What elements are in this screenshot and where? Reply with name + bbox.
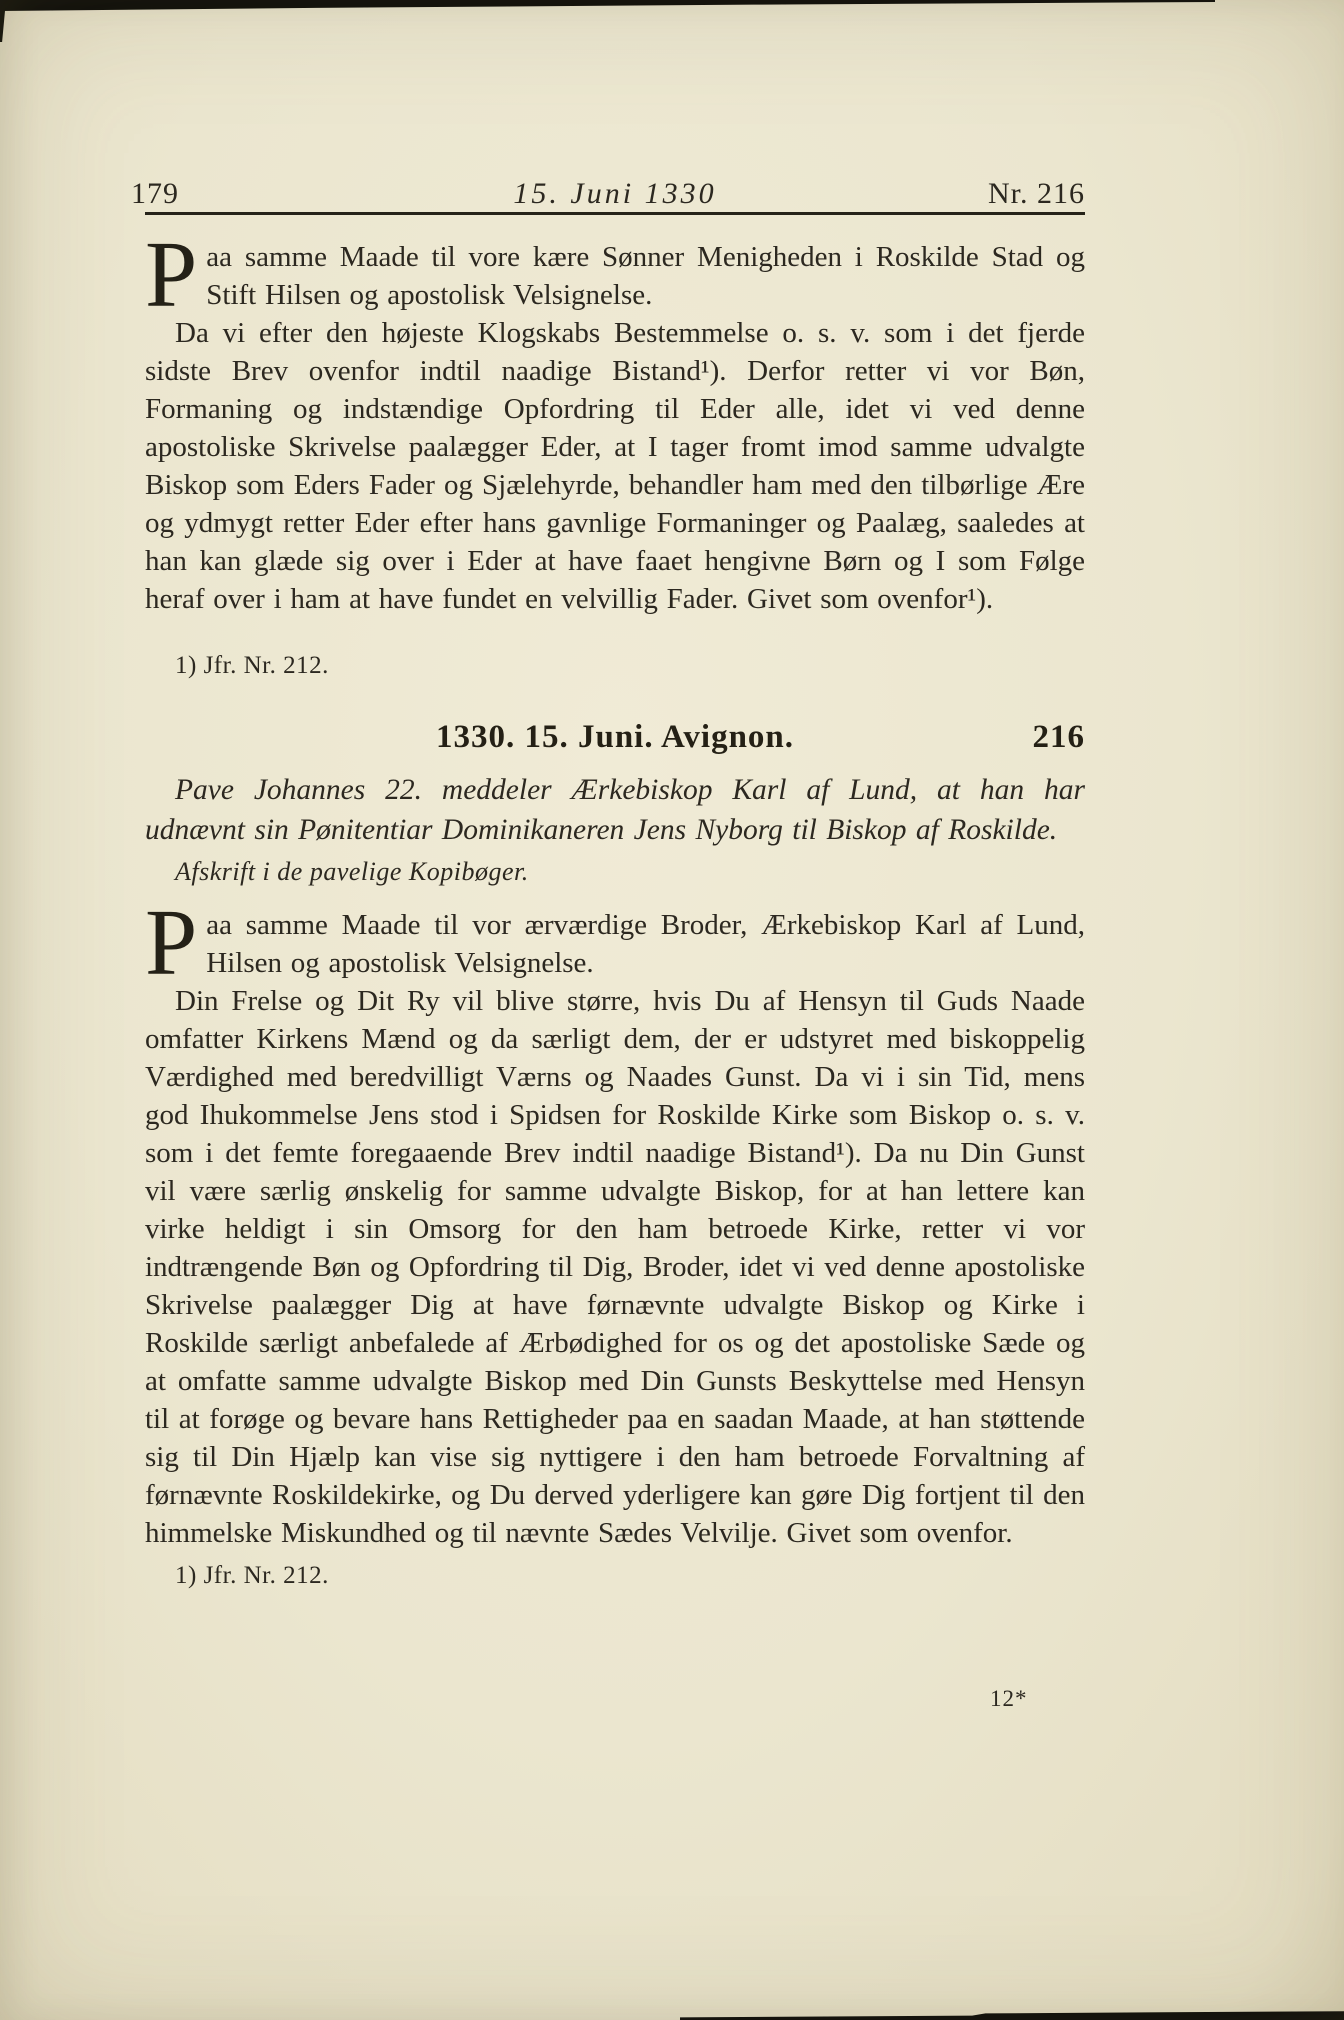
scan-edge-bottom-artifact	[680, 2010, 1344, 2020]
entry-summary: Pave Johannes 22. meddeler Ærkebiskop Ka…	[145, 770, 1085, 850]
running-title: 15. Juni 1330	[145, 178, 1085, 210]
letter-1-salutation-text: aa samme Maade til vore kære Sønner Meni…	[206, 241, 1085, 311]
document-number-label: Nr. 216	[988, 178, 1085, 210]
scanned-book-page: 179 15. Juni 1330 Nr. 216 Paa samme Maad…	[0, 0, 1344, 2020]
entry-source-note: Afskrift i de pavelige Kopibøger.	[145, 855, 1085, 889]
letter-2: Paa samme Maade til vor ærværdige Broder…	[145, 906, 1085, 1552]
entry-heading-date: 1330. 15. Juni. Avignon.	[436, 719, 794, 755]
type-area: 179 15. Juni 1330 Nr. 216 Paa samme Maad…	[145, 0, 1085, 1592]
letter-2-salutation: Paa samme Maade til vor ærværdige Broder…	[145, 906, 1085, 982]
letter-2-body: Din Frelse og Dit Ry vil blive større, h…	[145, 982, 1085, 1552]
letter-1-dropcap: P	[145, 238, 206, 314]
entry-heading: 1330. 15. Juni. Avignon. 216	[145, 716, 1085, 758]
letter-1-footnote: 1) Jfr. Nr. 212.	[145, 650, 1085, 682]
printer-signature-mark: 12*	[990, 1686, 1028, 1712]
scan-edge-left-artifact	[0, 0, 6, 42]
letter-2-dropcap: P	[145, 906, 206, 982]
letter-1-body: Da vi efter den højeste Klogskabs Bestem…	[145, 314, 1085, 618]
letter-1-salutation: Paa samme Maade til vore kære Sønner Men…	[145, 238, 1085, 314]
page-header: 179 15. Juni 1330 Nr. 216	[145, 178, 1085, 212]
letter-1: Paa samme Maade til vore kære Sønner Men…	[145, 238, 1085, 618]
header-rule	[145, 212, 1085, 215]
entry-heading-number: 216	[1033, 716, 1086, 758]
letter-2-salutation-text: aa samme Maade til vor ærværdige Broder,…	[206, 909, 1085, 979]
letter-2-footnote: 1) Jfr. Nr. 212.	[145, 1560, 1085, 1592]
